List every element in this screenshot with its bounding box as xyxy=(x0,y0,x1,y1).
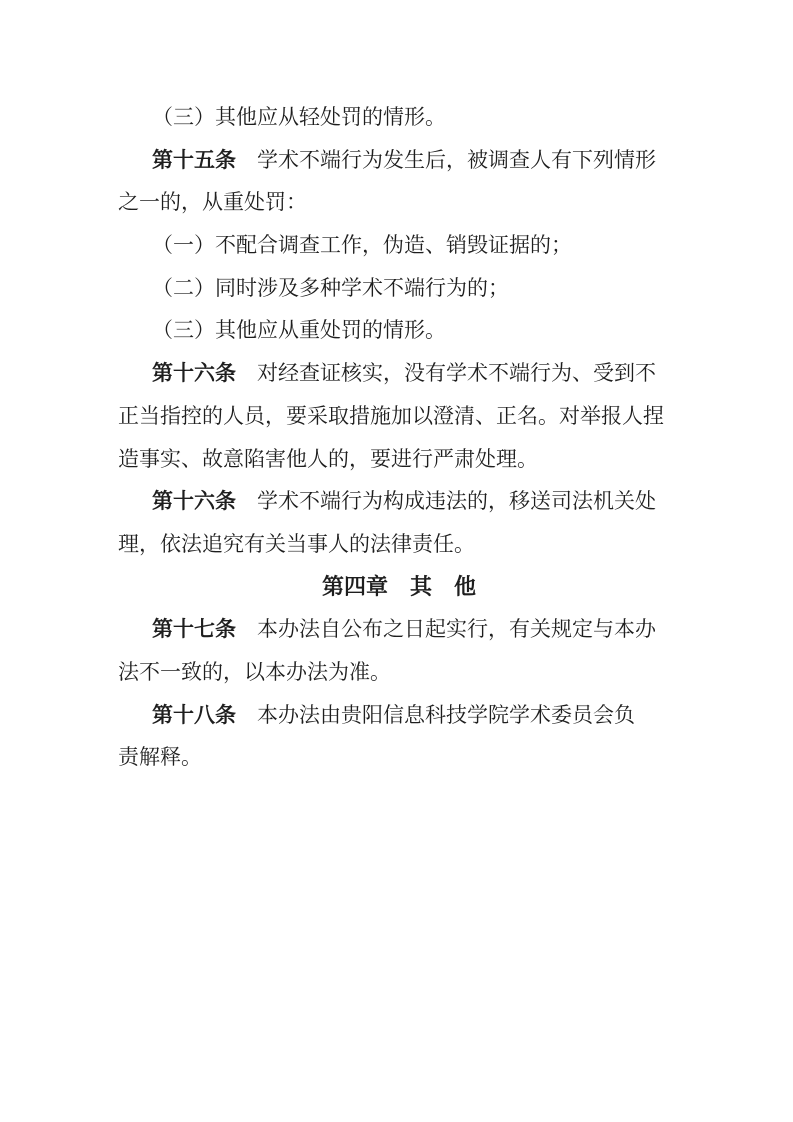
article-number: 第十五条 xyxy=(152,148,236,172)
body-text: 对经查证核实，没有学术不端行为、受到不 xyxy=(236,361,656,385)
text-line: （二）同时涉及多种学术不端行为的； xyxy=(118,267,680,310)
body-text: 学术不端行为构成违法的，移送司法机关处 xyxy=(236,489,656,513)
document-page: （三）其他应从轻处罚的情形。第十五条 学术不端行为发生后，被调查人有下列情形之一… xyxy=(0,0,793,1122)
text-line: 第十六条 对经查证核实，没有学术不端行为、受到不 xyxy=(118,352,680,395)
text-line: 正当指控的人员，要采取措施加以澄清、正名。对举报人捏 xyxy=(118,395,680,438)
article-number: 第十六条 xyxy=(152,361,236,385)
text-line: 第十八条 本办法由贵阳信息科技学院学术委员会负 xyxy=(118,694,680,737)
body-text: （三）其他应从重处罚的情形。 xyxy=(152,318,446,342)
body-text: 法不一致的，以本办法为准。 xyxy=(118,660,391,684)
text-line: 造事实、故意陷害他人的，要进行严肃处理。 xyxy=(118,438,680,481)
text-line: （三）其他应从轻处罚的情形。 xyxy=(118,96,680,139)
body-text: 本办法自公布之日起实行，有关规定与本办 xyxy=(236,617,656,641)
chapter-heading: 第四章 其 他 xyxy=(118,566,680,609)
article-number: 第四章 其 他 xyxy=(322,574,476,599)
article-number: 第十六条 xyxy=(152,489,236,513)
body-text: 正当指控的人员，要采取措施加以澄清、正名。对举报人捏 xyxy=(118,404,664,428)
body-text: 造事实、故意陷害他人的，要进行严肃处理。 xyxy=(118,447,538,471)
body-text: 理，依法追究有关当事人的法律责任。 xyxy=(118,532,475,556)
document-content: （三）其他应从轻处罚的情形。第十五条 学术不端行为发生后，被调查人有下列情形之一… xyxy=(118,96,680,779)
text-line: 责解释。 xyxy=(118,736,680,779)
text-line: 第十六条 学术不端行为构成违法的，移送司法机关处 xyxy=(118,480,680,523)
body-text: 之一的，从重处罚： xyxy=(118,190,307,214)
body-text: 学术不端行为发生后，被调查人有下列情形 xyxy=(236,148,656,172)
text-line: 第十七条 本办法自公布之日起实行，有关规定与本办 xyxy=(118,608,680,651)
text-line: 理，依法追究有关当事人的法律责任。 xyxy=(118,523,680,566)
text-line: 法不一致的，以本办法为准。 xyxy=(118,651,680,694)
body-text: 责解释。 xyxy=(118,745,202,769)
body-text: （一）不配合调查工作，伪造、销毁证据的； xyxy=(152,233,572,257)
text-line: 第十五条 学术不端行为发生后，被调查人有下列情形 xyxy=(118,139,680,182)
text-line: （三）其他应从重处罚的情形。 xyxy=(118,309,680,352)
body-text: 本办法由贵阳信息科技学院学术委员会负 xyxy=(236,703,635,727)
text-line: 之一的，从重处罚： xyxy=(118,181,680,224)
article-number: 第十七条 xyxy=(152,617,236,641)
body-text: （三）其他应从轻处罚的情形。 xyxy=(152,105,446,129)
text-line: （一）不配合调查工作，伪造、销毁证据的； xyxy=(118,224,680,267)
body-text: （二）同时涉及多种学术不端行为的； xyxy=(152,276,509,300)
article-number: 第十八条 xyxy=(152,703,236,727)
